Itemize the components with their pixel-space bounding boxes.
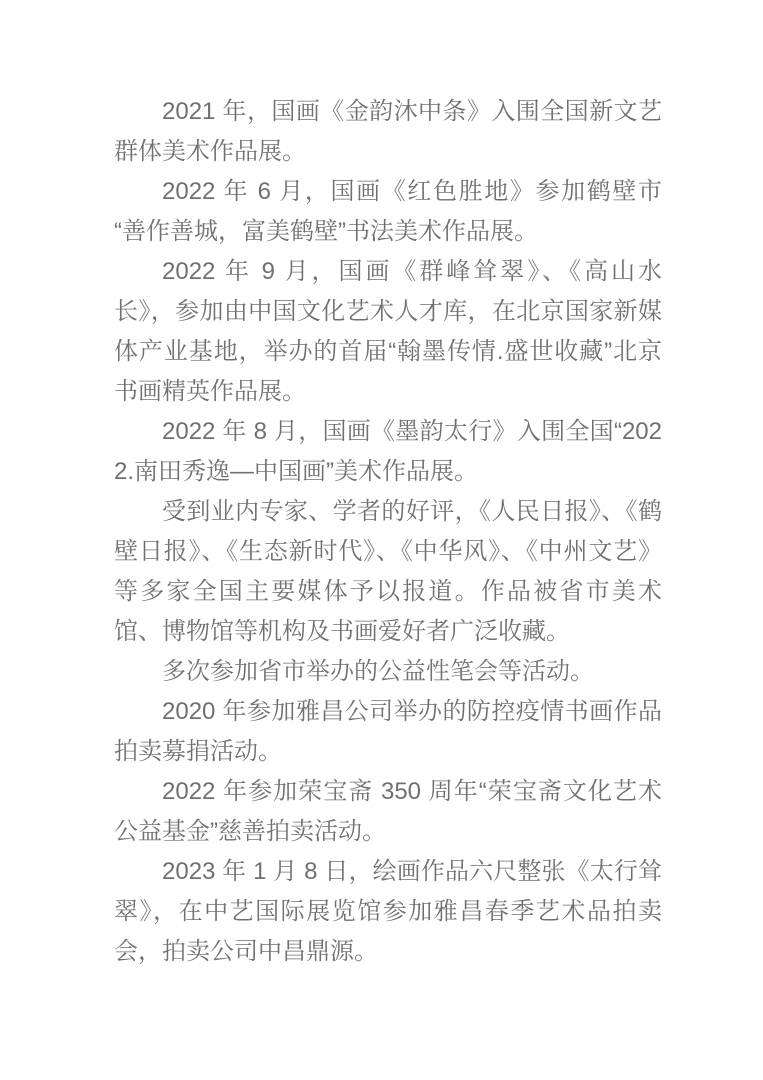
document-page: 2021 年，国画《金韵沐中条》入围全国新文艺群体美术作品展。2022 年 6 … bbox=[0, 0, 763, 1080]
paragraph: 2022 年 9 月，国画《群峰耸翠》、《高山水长》，参加由中国文化艺术人才库，… bbox=[114, 252, 662, 412]
paragraph: 2021 年，国画《金韵沐中条》入围全国新文艺群体美术作品展。 bbox=[114, 92, 662, 172]
paragraph: 2020 年参加雅昌公司举办的防控疫情书画作品拍卖募捐活动。 bbox=[114, 692, 662, 772]
paragraph: 2023 年 1 月 8 日，绘画作品六尺整张《太行耸翠》，在中艺国际展览馆参加… bbox=[114, 852, 662, 972]
document-body: 2021 年，国画《金韵沐中条》入围全国新文艺群体美术作品展。2022 年 6 … bbox=[114, 92, 662, 972]
paragraph: 多次参加省市举办的公益性笔会等活动。 bbox=[114, 652, 662, 692]
paragraph: 2022 年 6 月，国画《红色胜地》参加鹤壁市“善作善城，富美鹤壁”书法美术作… bbox=[114, 172, 662, 252]
paragraph: 2022 年参加荣宝斋 350 周年“荣宝斋文化艺术公益基金”慈善拍卖活动。 bbox=[114, 772, 662, 852]
paragraph: 2022 年 8 月，国画《墨韵太行》入围全国“2022.南田秀逸—中国画”美术… bbox=[114, 412, 662, 492]
paragraph: 受到业内专家、学者的好评，《人民日报》、《鹤壁日报》、《生态新时代》、《中华风》… bbox=[114, 492, 662, 652]
